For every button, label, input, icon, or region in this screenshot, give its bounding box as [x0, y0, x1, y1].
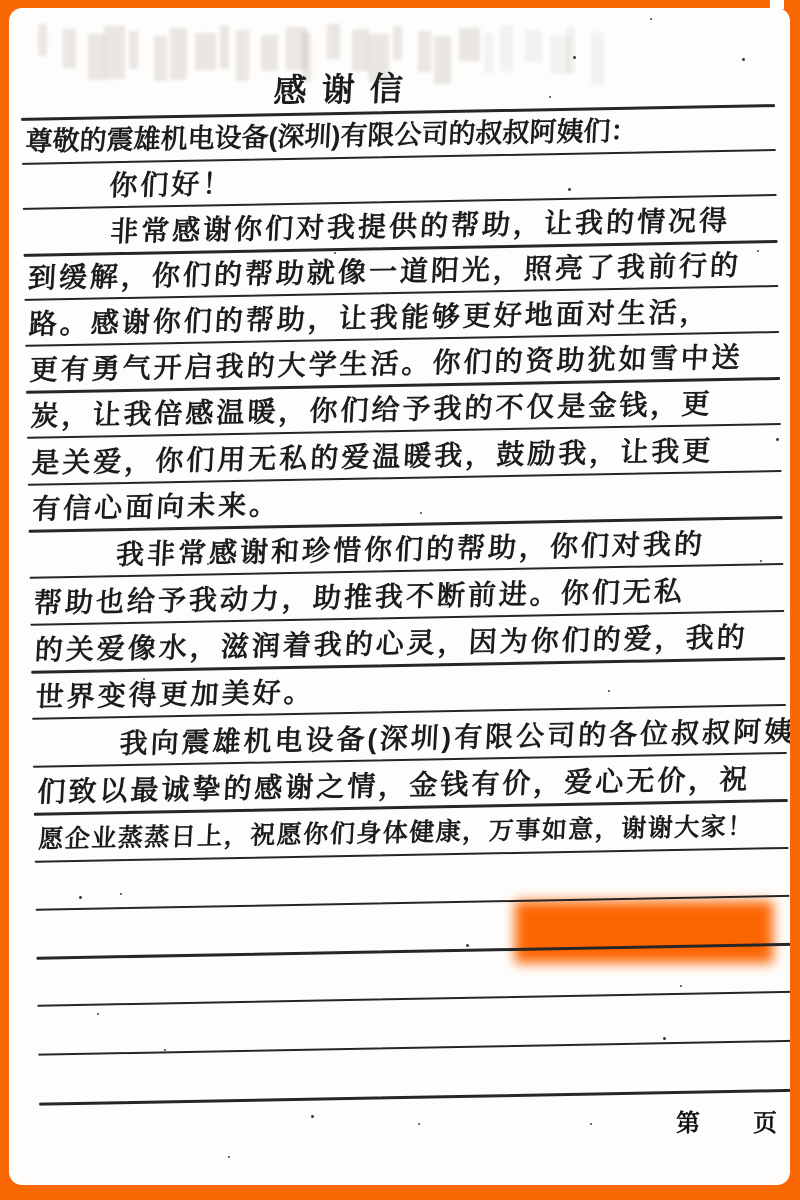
handwritten-line: 我向震雄机电设备(深圳)有限公司的各位叔叔阿姨 — [119, 710, 790, 763]
dust-speck — [573, 56, 576, 59]
page-content: 感谢信 尊敬的震雄机电设备(深圳)有限公司的叔叔阿姨们： 你们好！ 非常感谢你们… — [9, 8, 790, 1185]
dust-speck — [663, 1037, 666, 1040]
dust-speck — [608, 690, 610, 692]
handwritten-line: 是关爱，你们用无私的爱温暖我，鼓励我，让我更 — [30, 430, 714, 484]
scanned-letter-page: 感谢信 尊敬的震雄机电设备(深圳)有限公司的叔叔阿姨们： 你们好！ 非常感谢你们… — [0, 0, 800, 1200]
dust-speck — [760, 560, 762, 562]
dust-speck — [418, 1123, 420, 1125]
handwritten-line: 更有勇气开启我的大学生活。你们的资助犹如雪中送 — [29, 337, 744, 391]
dust-speck — [757, 250, 759, 252]
dust-speck — [680, 985, 682, 987]
dust-speck — [79, 896, 82, 899]
ruled-line — [36, 943, 790, 960]
dust-speck — [311, 1115, 314, 1118]
dust-speck — [164, 1049, 166, 1051]
dust-speck — [143, 678, 145, 680]
dust-speck — [228, 1156, 230, 1158]
letter-title: 感谢信 — [273, 67, 419, 114]
dust-speck — [742, 58, 745, 61]
dust-speck — [549, 96, 551, 98]
handwritten-line: 的关爱像水，滋润着我的心灵，因为你们的爱，我的 — [34, 617, 749, 671]
handwritten-line: 世界变得更加美好。 — [35, 672, 316, 718]
ruled-text-layer: 感谢信 尊敬的震雄机电设备(深圳)有限公司的叔叔阿姨们： 你们好！ 非常感谢你们… — [9, 8, 790, 1185]
handwritten-line: 路。感谢你们的帮助，让我能够更好地面对生活， — [28, 291, 712, 345]
dust-speck — [420, 512, 422, 514]
handwritten-line: 有信心面向未来。 — [31, 484, 281, 530]
dust-speck — [466, 944, 469, 947]
handwritten-line: 们致以最诚挚的感谢之情，金钱有价，爱心无价，祝 — [36, 759, 751, 813]
ruled-line — [36, 895, 790, 911]
dust-speck — [776, 438, 779, 441]
page-number-prefix: 第 — [676, 1111, 700, 1137]
page-footer: 第页 — [676, 1103, 777, 1138]
dust-speck — [120, 893, 122, 895]
ruled-line — [37, 991, 790, 1007]
handwritten-line-greeting: 你们好！ — [108, 163, 234, 206]
dust-speck — [334, 252, 336, 254]
paper-sheet: 感谢信 尊敬的震雄机电设备(深圳)有限公司的叔叔阿姨们： 你们好！ 非常感谢你们… — [9, 8, 790, 1185]
handwritten-line-closing: 愿企业蒸蒸日上，祝愿你们身体健康，万事如意，谢谢大家！ — [37, 807, 755, 861]
ruled-line — [38, 1040, 790, 1056]
dust-speck — [207, 563, 209, 565]
dust-speck — [568, 188, 571, 191]
handwritten-line: 帮助也给予我动力，助推我不断前进。你们无私 — [33, 571, 686, 624]
dust-speck — [590, 1123, 592, 1125]
page-number-suffix: 页 — [753, 1111, 777, 1137]
dust-speck — [650, 18, 652, 20]
dust-speck — [97, 1013, 99, 1015]
